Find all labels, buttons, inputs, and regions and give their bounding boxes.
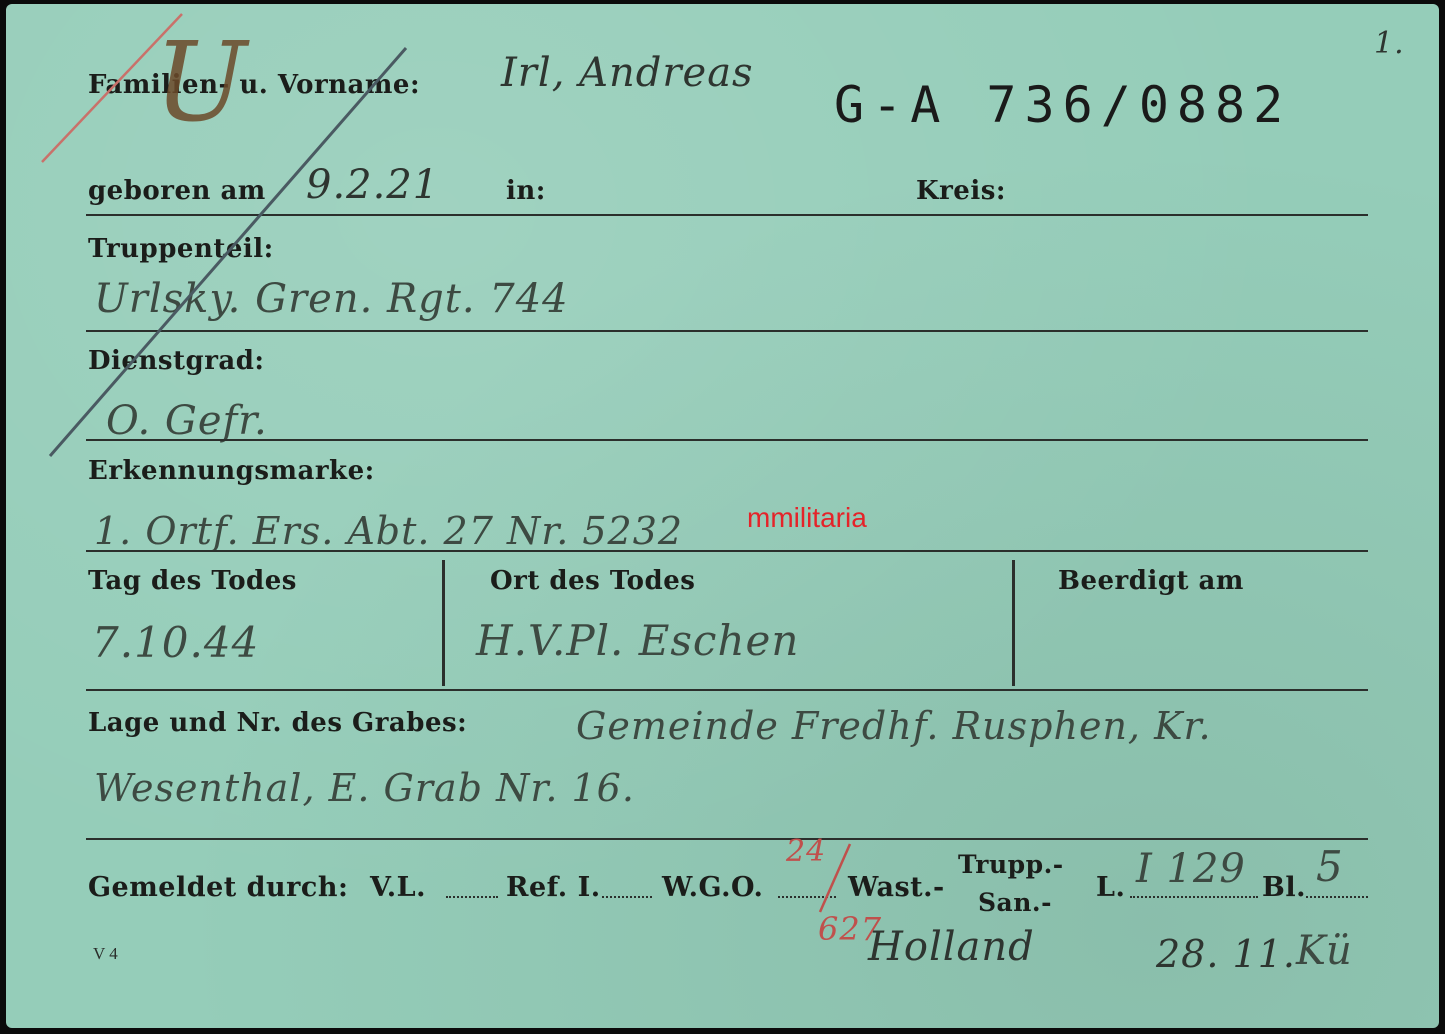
reported-by-bl-value: 5 <box>1316 842 1344 891</box>
form-code: V 4 <box>93 944 118 964</box>
corner-mark: 1. <box>1374 26 1405 61</box>
born-on-value: 9.2.21 <box>306 162 439 208</box>
born-on-label: geboren am <box>88 176 266 206</box>
divider <box>86 689 1368 691</box>
reported-by-ref: Ref. I. <box>506 872 601 903</box>
note-holland: Holland <box>868 924 1035 970</box>
reported-by-wgo: W.G.O. <box>662 872 763 903</box>
reported-by-bl: Bl. <box>1262 872 1306 903</box>
file-number-stamp: G-A 736/0882 <box>834 76 1291 134</box>
grave-location-line2: Wesenthal, E. Grab Nr. 16. <box>94 766 635 810</box>
reported-by-l: L. <box>1096 872 1125 903</box>
divider <box>86 838 1368 840</box>
divider <box>86 214 1368 216</box>
divider <box>86 330 1368 332</box>
grave-location-label: Lage und Nr. des Grabes: <box>88 708 467 738</box>
note-date: 28. 11. <box>1156 932 1296 976</box>
reported-by-l-value: I 129 <box>1136 846 1246 892</box>
grave-registration-card: Familien- u. Vorname: Irl, Andreas G-A 7… <box>6 4 1439 1028</box>
grave-location-line1: Gemeinde Fredhf. Rusphen, Kr. <box>576 704 1212 748</box>
divider <box>86 550 1368 552</box>
red-number-upper: 24 <box>786 834 826 869</box>
reported-by-label: Gemeldet durch: <box>88 872 348 903</box>
born-in-label: in: <box>506 176 546 206</box>
date-of-death-label: Tag des Todes <box>88 566 297 596</box>
rank-label: Dienstgrad: <box>88 346 265 376</box>
place-of-death-value: H.V.Pl. Eschen <box>476 616 799 665</box>
unit-value: Urlsky. Gren. Rgt. 744 <box>94 276 569 322</box>
name-label: Familien- u. Vorname: <box>88 70 420 100</box>
date-of-death-value: 7.10.44 <box>92 618 259 667</box>
place-of-death-label: Ort des Todes <box>490 566 695 596</box>
margin-mark: U <box>154 18 248 146</box>
note-initials: Kü <box>1296 928 1353 974</box>
column-divider <box>1012 560 1015 686</box>
id-tag-label: Erkennungsmarke: <box>88 456 375 486</box>
divider <box>86 439 1368 441</box>
reported-by-trupp: Trupp.- <box>958 850 1064 879</box>
id-tag-value: 1. Ortf. Ers. Abt. 27 Nr. 5232 <box>94 509 683 553</box>
reported-by-wast: Wast.- <box>848 872 945 903</box>
reported-by-san: San.- <box>978 888 1052 917</box>
column-divider <box>442 560 445 686</box>
buried-on-label: Beerdigt am <box>1058 566 1244 596</box>
unit-label: Truppenteil: <box>88 234 274 264</box>
rank-value: O. Gefr. <box>106 398 268 444</box>
watermark: mmilitaria <box>747 502 867 534</box>
name-value: Irl, Andreas <box>501 50 754 96</box>
district-label: Kreis: <box>916 176 1006 206</box>
reported-by-vl: V.L. <box>370 872 426 903</box>
